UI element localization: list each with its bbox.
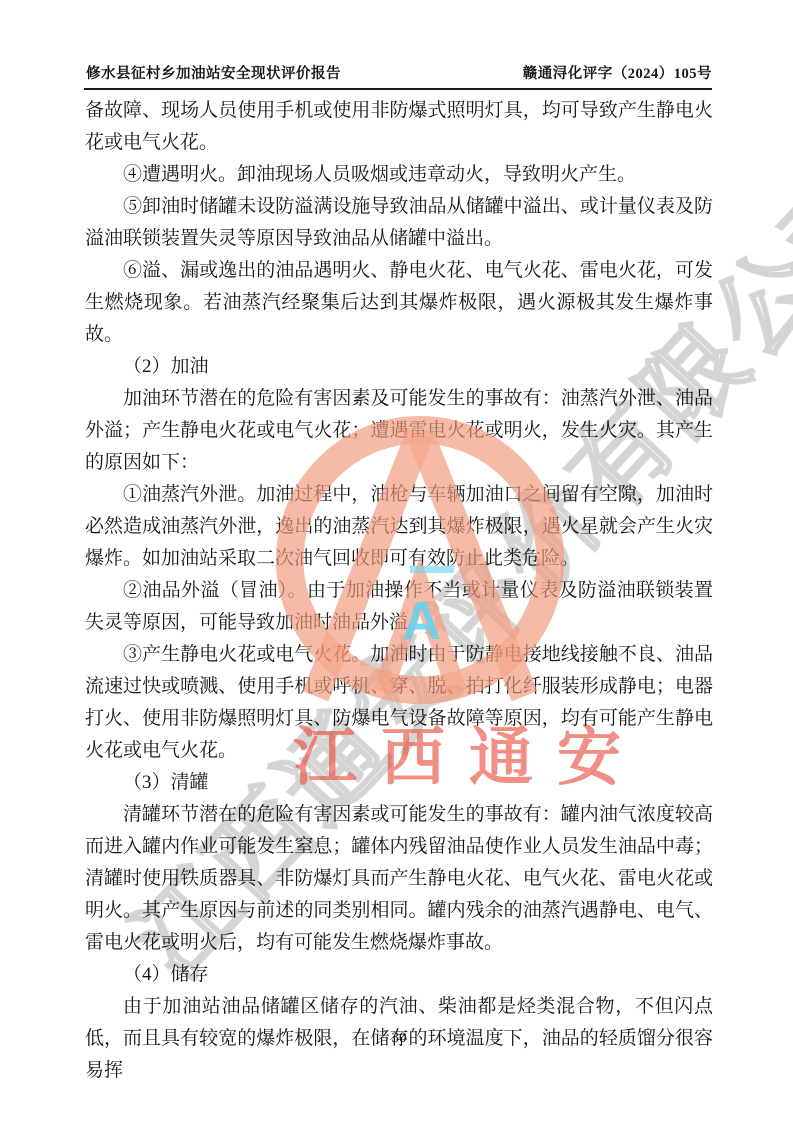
paragraph: （3）清罐 <box>85 767 713 799</box>
paragraph: ①油蒸汽外泄。加油过程中，油枪与车辆加油口之间留有空隙，加油时必然造成油蒸汽外泄… <box>85 479 713 575</box>
paragraph: ③产生静电火花或电气火花。加油时由于防静电接地线接触不良、油品流速过快或喷溅、使… <box>85 639 713 767</box>
document-page: 江西通安评价有限公司 江西通安 修水县征村乡加油站安全现状评价报告 赣通浔化评字… <box>0 0 793 1122</box>
page-number: 30 <box>85 1030 713 1047</box>
paragraph: ⑤卸油时储罐未设防溢满设施导致油品从储罐中溢出、或计量仪表及防溢油联锁装置失灵等… <box>85 191 713 255</box>
header-report-title: 修水县征村乡加油站安全现状评价报告 <box>86 62 341 83</box>
page-header: 修水县征村乡加油站安全现状评价报告 赣通浔化评字（2024）105号 <box>86 62 712 83</box>
paragraph: ⑥溢、漏或逸出的油品遇明火、静电火花、电气火花、雷电火花，可发生燃烧现象。若油蒸… <box>85 255 713 351</box>
paragraph: 清罐环节潜在的危险有害因素或可能发生的事故有：罐内油气浓度较高而进入罐内作业可能… <box>85 799 713 959</box>
paragraph: ④遭遇明火。卸油现场人员吸烟或违章动火，导致明火产生。 <box>85 159 713 191</box>
paragraph: 备故障、现场人员使用手机或使用非防爆式照明灯具，均可导致产生静电火花或电气火花。 <box>85 95 713 159</box>
paragraph: （4）储存 <box>85 959 713 991</box>
paragraph: 加油环节潜在的危险有害因素及可能发生的事故有：油蒸汽外泄、油品外溢；产生静电火花… <box>85 383 713 479</box>
header-document-number: 赣通浔化评字（2024）105号 <box>523 62 712 83</box>
document-body: 备故障、现场人员使用手机或使用非防爆式照明灯具，均可导致产生静电火花或电气火花。… <box>85 95 713 1087</box>
paragraph: （2）加油 <box>85 351 713 383</box>
header-rule <box>84 88 712 90</box>
paragraph: ②油品外溢（冒油）。由于加油操作不当或计量仪表及防溢油联锁装置失灵等原因，可能导… <box>85 575 713 639</box>
